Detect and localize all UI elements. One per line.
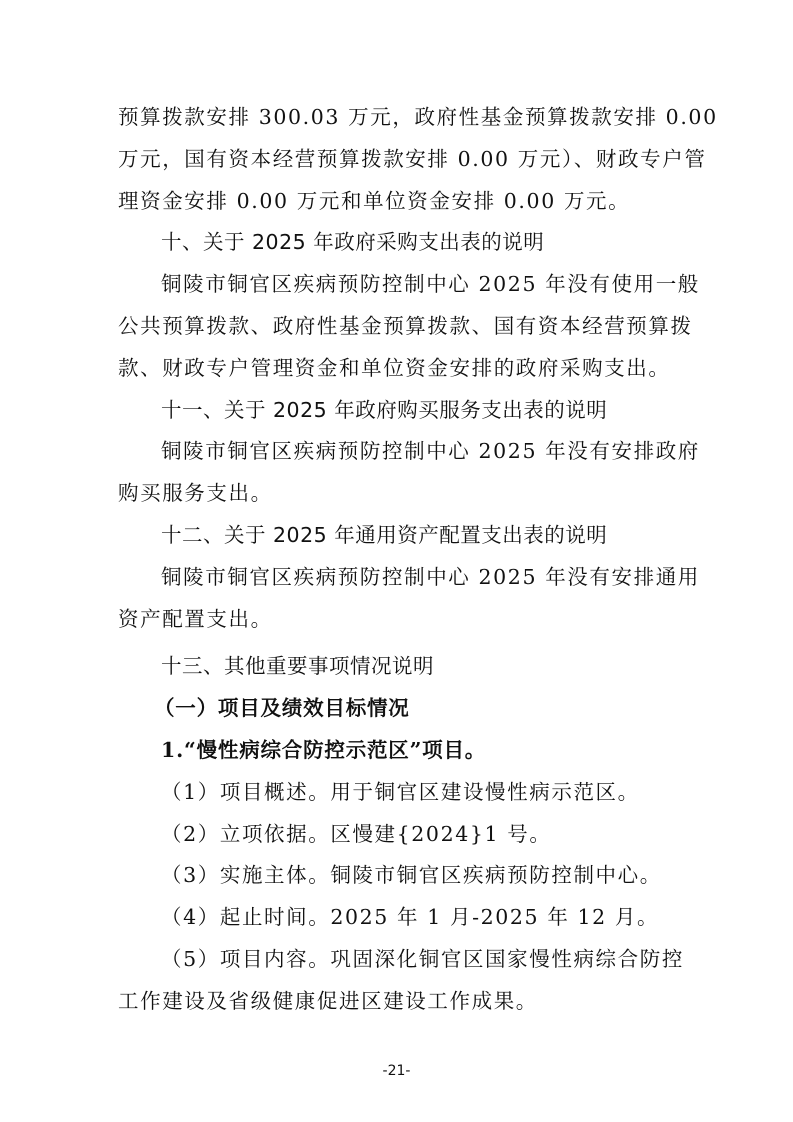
section-heading-11: 十一、关于 2025 年政府购买服务支出表的说明 [118,390,674,432]
body-text-line: 预算拨款安排 300.03 万元，政府性基金预算拨款安排 0.00 [118,97,674,139]
section-heading-13: 十三、其他重要事项情况说明 [118,646,674,688]
section-heading-10: 十、关于 2025 年政府采购支出表的说明 [118,222,674,264]
body-text-line: 购买服务支出。 [118,473,674,515]
body-text-line: 万元，国有资本经营预算拨款安排 0.00 万元）、财政专户管 [118,139,674,181]
project-item: （5）项目内容。巩固深化铜官区国家慢性病综合防控 [118,939,674,981]
page-number: -21- [0,1063,793,1079]
subsection-heading: （一）项目及绩效目标情况 [118,688,674,730]
section-heading-12: 十二、关于 2025 年通用资产配置支出表的说明 [118,515,674,557]
body-text-line: 款、财政专户管理资金和单位资金安排的政府采购支出。 [118,348,674,390]
project-item: （1）项目概述。用于铜官区建设慢性病示范区。 [118,772,674,814]
body-text-line: 铜陵市铜官区疾病预防控制中心 2025 年没有安排政府 [118,431,674,473]
project-item: （2）立项依据。区慢建{2024}1 号。 [118,814,674,856]
body-text-line: 工作建设及省级健康促进区建设工作成果。 [118,981,674,1023]
body-text-line: 铜陵市铜官区疾病预防控制中心 2025 年没有使用一般 [118,264,674,306]
project-item: （3）实施主体。铜陵市铜官区疾病预防控制中心。 [118,855,674,897]
body-text-line: 资产配置支出。 [118,599,674,641]
body-text-line: 理资金安排 0.00 万元和单位资金安排 0.00 万元。 [118,181,674,223]
body-text-line: 公共预算拨款、政府性基金预算拨款、国有资本经营预算拨 [118,306,674,348]
project-title: 1.“慢性病综合防控示范区”项目。 [118,730,674,772]
body-text-line: 铜陵市铜官区疾病预防控制中心 2025 年没有安排通用 [118,557,674,599]
document-page: 预算拨款安排 300.03 万元，政府性基金预算拨款安排 0.00 万元，国有资… [118,97,674,1023]
project-item: （4）起止时间。2025 年 1 月-2025 年 12 月。 [118,897,674,939]
